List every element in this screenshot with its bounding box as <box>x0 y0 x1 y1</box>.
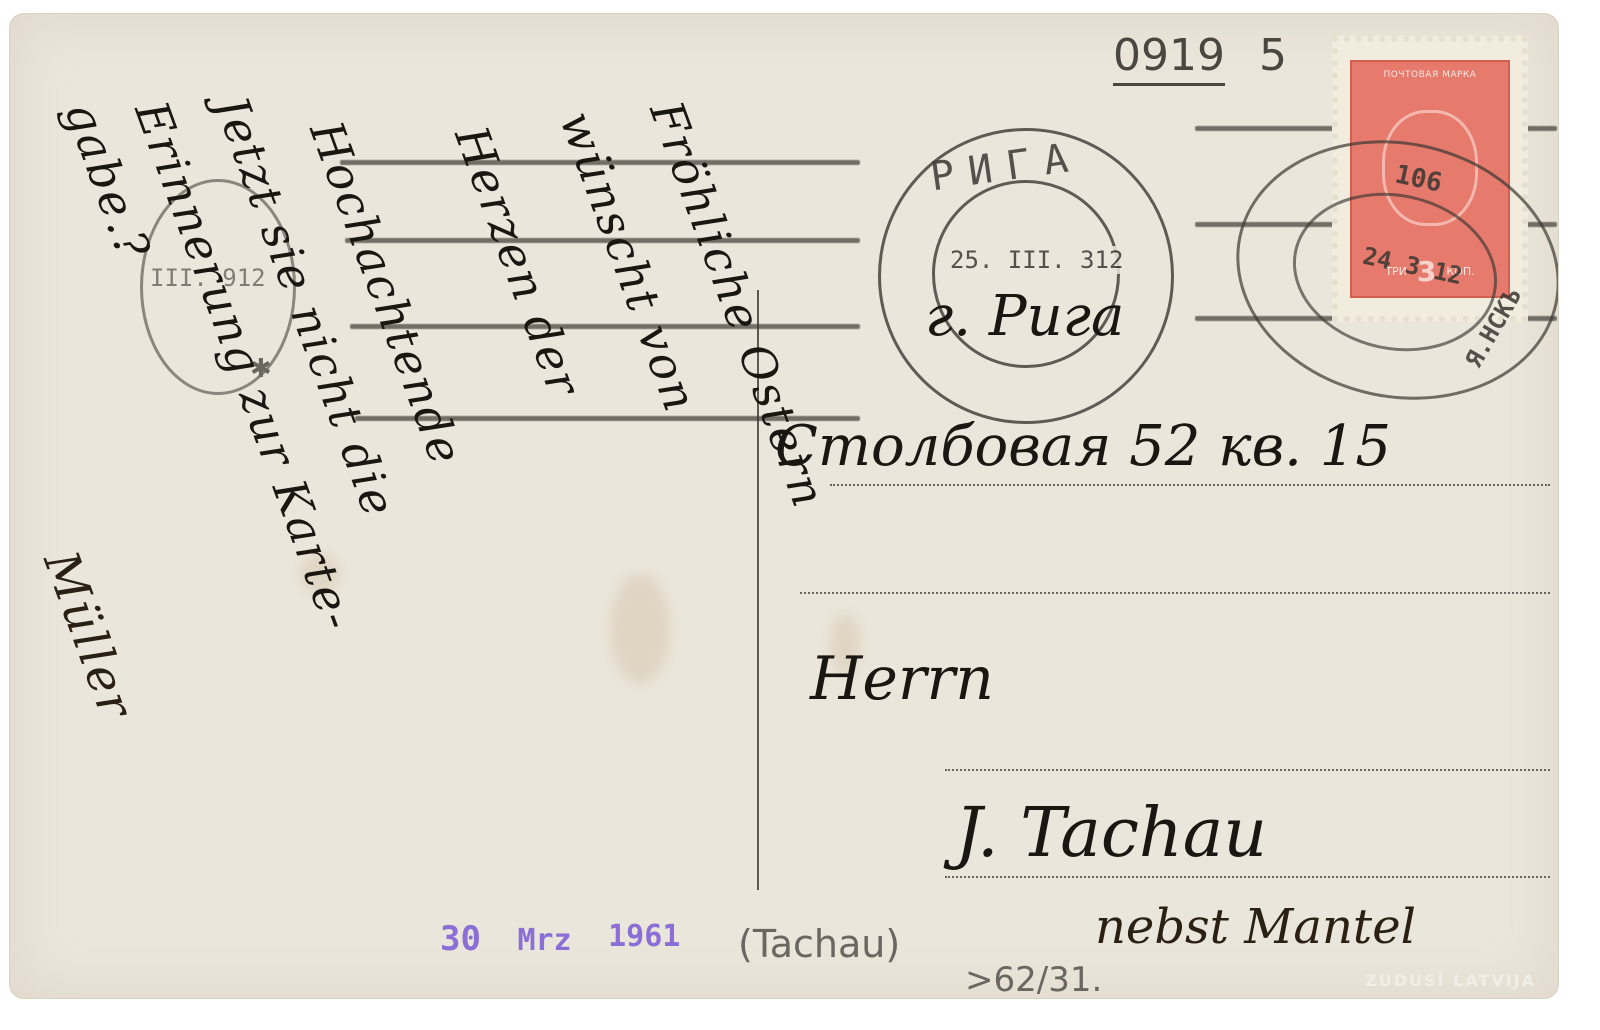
inventory-number-suffix: 5 <box>1259 30 1287 81</box>
address-note: nebst Mantel <box>1095 899 1416 955</box>
inventory-number: 0919 5 <box>1113 30 1287 81</box>
archive-date-stamp: 30 Mrz 1961 <box>440 919 680 959</box>
inventory-number-main: 0919 <box>1113 30 1225 86</box>
stamp-top-text: ПОЧТОВАЯ МАРКА <box>1384 70 1477 80</box>
address-line <box>800 592 1550 594</box>
recipient-name: J. Tachau <box>955 794 1267 873</box>
address-line <box>945 876 1550 878</box>
address-salutation: Herrn <box>810 644 994 714</box>
postmark-date: 25. III. 312 <box>948 246 1125 274</box>
address-street: Столбовая 52 кв. 15 <box>775 414 1391 479</box>
archive-year: 1961 <box>608 919 680 954</box>
archive-month: Mrz <box>517 923 571 958</box>
address-line <box>945 769 1550 771</box>
age-stain <box>610 574 670 684</box>
address-city: г. Рига <box>925 284 1124 349</box>
signature: Müller <box>32 544 144 727</box>
address-line <box>830 484 1550 486</box>
postcard-back: 0919 5 ПОЧТОВАЯ МАРКА ТРИ 3 КОП. РИГА 25… <box>10 14 1558 998</box>
pencil-note: (Tachau) <box>738 922 900 966</box>
pencil-reference: >62/31. <box>965 960 1102 998</box>
archive-day: 30 <box>440 919 481 959</box>
watermark: ZUDUSĪ LATVIJA <box>1365 971 1536 990</box>
